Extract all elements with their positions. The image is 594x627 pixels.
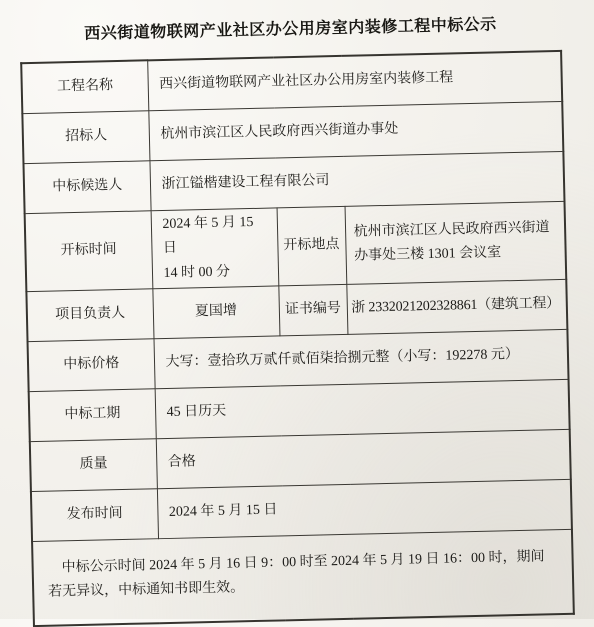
label-tenderee: 招标人: [22, 110, 149, 163]
label-bid-opening-time: 开标时间: [25, 210, 153, 291]
label-winning-candidate: 中标候选人: [23, 160, 150, 213]
footer-note-cell: 中标公示时间 2024 年 5 月 16 日 9：00 时至 2024 年 5 …: [32, 529, 574, 619]
paper-sheet: 西兴街道物联网产业社区办公用房室内装修工程中标公示 工程名称 西兴街道物联网产业…: [19, 4, 575, 619]
document-title: 西兴街道物联网产业社区办公用房室内装修工程中标公示: [19, 10, 561, 45]
label-bid-opening-place: 开标地点: [277, 206, 347, 286]
table-row: 开标时间 2024 年 5 月 15 日 14 时 00 分 开标地点 杭州市滨…: [25, 201, 567, 292]
label-publish-date: 发布时间: [31, 489, 158, 542]
value-bid-opening-place: 杭州市滨江区人民政府西兴街道办事处三楼 1301 会议室: [345, 201, 567, 284]
bid-announcement-table: 工程名称 西兴街道物联网产业社区办公用房室内装修工程 招标人 杭州市滨江区人民政…: [20, 50, 575, 619]
value-bid-opening-time: 2024 年 5 月 15 日 14 时 00 分: [151, 207, 279, 288]
footer-note: 中标公示时间 2024 年 5 月 16 日 9：00 时至 2024 年 5 …: [47, 545, 558, 606]
label-project-name: 工程名称: [21, 60, 148, 113]
label-quality: 质量: [30, 439, 157, 492]
value-project-manager: 夏国增: [152, 286, 279, 339]
label-certificate-number: 证书编号: [278, 284, 347, 336]
label-bid-price: 中标价格: [28, 339, 155, 392]
label-construction-period: 中标工期: [29, 389, 156, 442]
value-certificate-number: 浙 2332021202328861（建筑工程）: [346, 279, 567, 334]
label-project-manager: 项目负责人: [26, 289, 153, 342]
table-row-footer: 中标公示时间 2024 年 5 月 16 日 9：00 时至 2024 年 5 …: [32, 529, 574, 619]
